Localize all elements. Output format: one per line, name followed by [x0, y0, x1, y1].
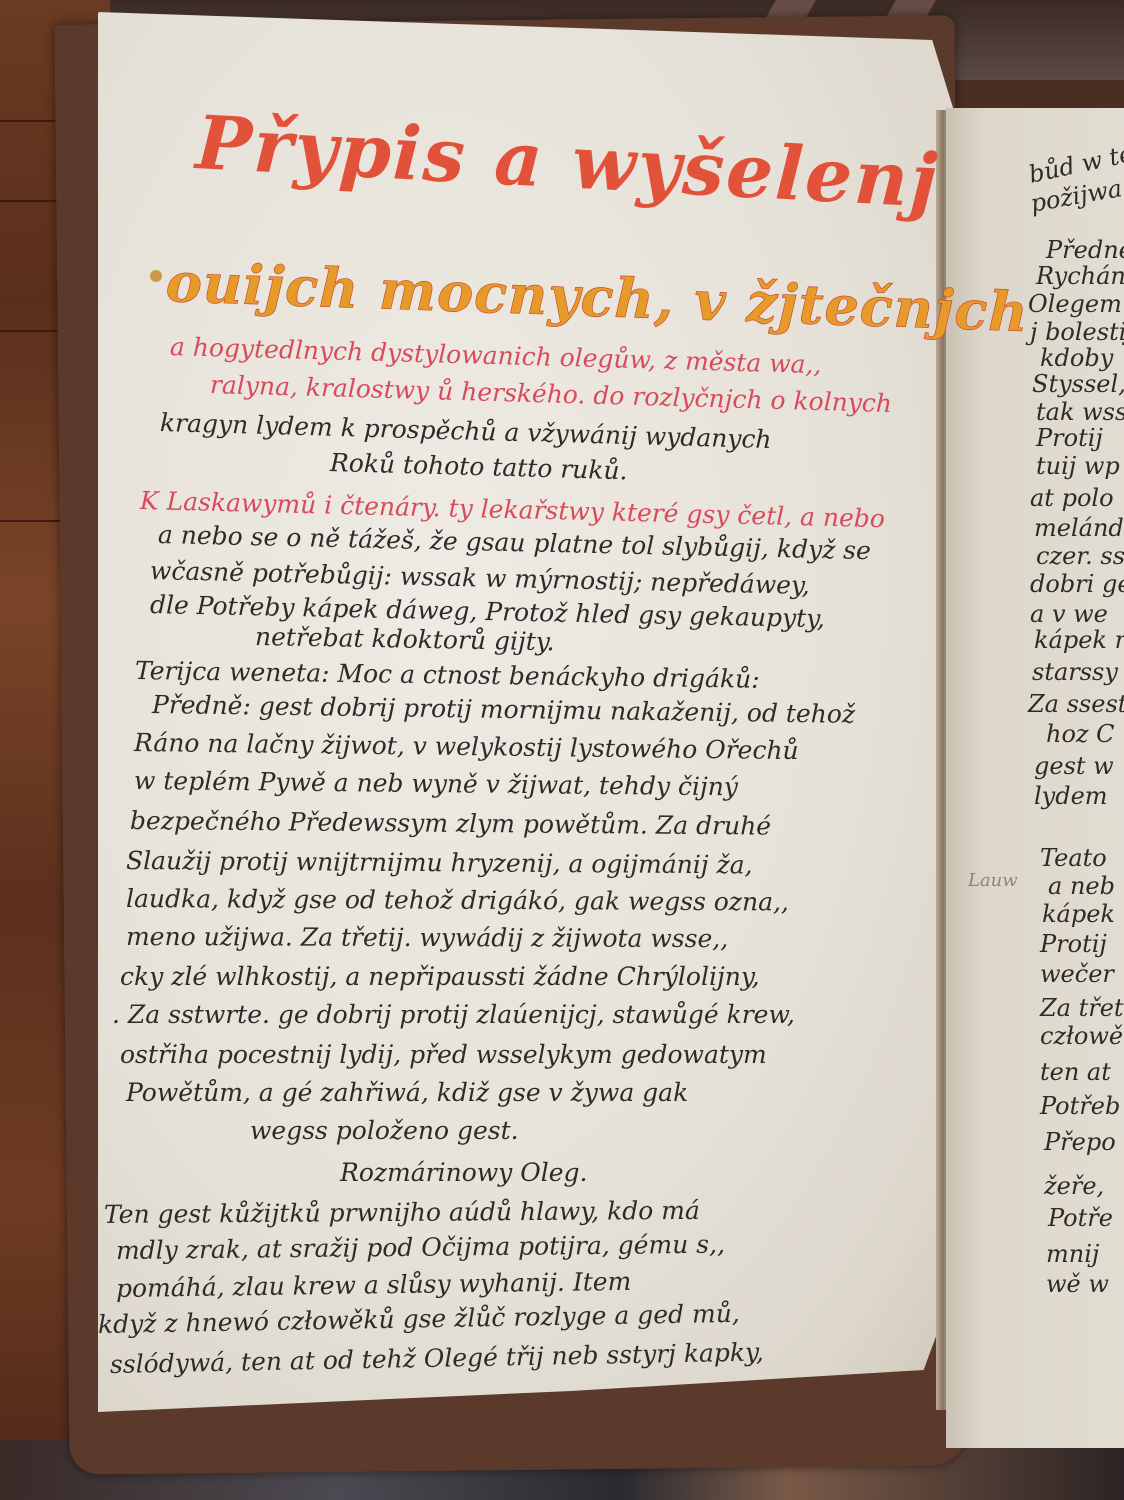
right-page-line: mnij: [1046, 1240, 1099, 1268]
section-heading: Rozmárinowy Oleg.: [340, 1158, 587, 1187]
right-page-line: wečer: [1040, 960, 1114, 988]
right-page-line: kápek ni: [1034, 626, 1124, 654]
right-page-line: gest w: [1034, 752, 1114, 780]
pencil-margin-note: Lauw: [968, 870, 1018, 891]
right-page-line: dobri ge: [1030, 570, 1124, 598]
right-page-line: tak wsse: [1036, 398, 1124, 426]
right-page-line: wě w: [1046, 1270, 1109, 1298]
body-line: ostřiha pocestnij lydij, před wsselykym …: [120, 1040, 767, 1069]
right-page-line: Protij: [1036, 424, 1103, 452]
right-page-line: lydem: [1034, 782, 1108, 810]
right-page-line: žeře,: [1044, 1172, 1104, 1200]
body-line: cky zlé wlhkostij, a nepřipaussti žádne …: [120, 962, 760, 991]
right-page-line: hoz C: [1046, 720, 1115, 748]
right-page-line: człowěk: [1040, 1022, 1124, 1050]
right-page-line: Za ssesti: [1028, 690, 1124, 718]
right-page-line: j bolestij: [1030, 318, 1124, 346]
right-page-line: kápek: [1042, 900, 1115, 928]
right-page-line: Rychán: [1036, 262, 1124, 290]
right-page-line: Protij: [1040, 930, 1107, 958]
body-line: wegss položeno gest.: [250, 1116, 519, 1145]
right-page-line: Přepo: [1044, 1128, 1116, 1156]
title-bullet-dot: [150, 270, 162, 282]
right-page-line: kdoby: [1040, 344, 1113, 372]
right-page-line: Styssel,: [1032, 370, 1124, 398]
right-page-line: ten at: [1040, 1058, 1111, 1086]
right-page-line: Za třeti: [1040, 994, 1124, 1022]
body-line: laudka, když gse od tehož drigákó, gak w…: [126, 884, 789, 916]
right-page-line: a v we: [1030, 600, 1108, 628]
right-page-line: starssy: [1032, 658, 1118, 686]
body-line: netřebat kdoktorů gijty.: [255, 622, 555, 656]
right-page-line: tuij wp: [1036, 452, 1120, 480]
body-line: . Za sstwrte. ge dobrij protij zlaúenijc…: [112, 1000, 795, 1029]
body-line: bezpečného Předewssym zlym powětům. Za d…: [130, 806, 771, 841]
right-page-line: at polo: [1030, 484, 1114, 512]
right-page-line: Potřeb: [1040, 1092, 1120, 1120]
body-line: meno užijwa. Za třetij. wywádij z žijwot…: [126, 922, 728, 953]
body-line: Slaužij protij wnijtrnijmu hryzenij, a o…: [126, 846, 753, 879]
right-page-line: Potře: [1048, 1204, 1113, 1232]
right-page-line: Teato: [1040, 844, 1107, 872]
section-line: Ten gest kůžijtků prwnijho aúdů hlawy, k…: [104, 1196, 700, 1229]
right-page-line: melánd: [1034, 514, 1124, 542]
right-page-line: Olegem: [1028, 290, 1122, 318]
right-page-line: Předne: [1046, 236, 1124, 264]
body-line: Powětům, a gé zahřiwá, kdiž gse v žywa g…: [126, 1078, 688, 1107]
right-page-line: czer. sse: [1036, 542, 1124, 570]
right-page-line: a neb: [1048, 872, 1115, 900]
